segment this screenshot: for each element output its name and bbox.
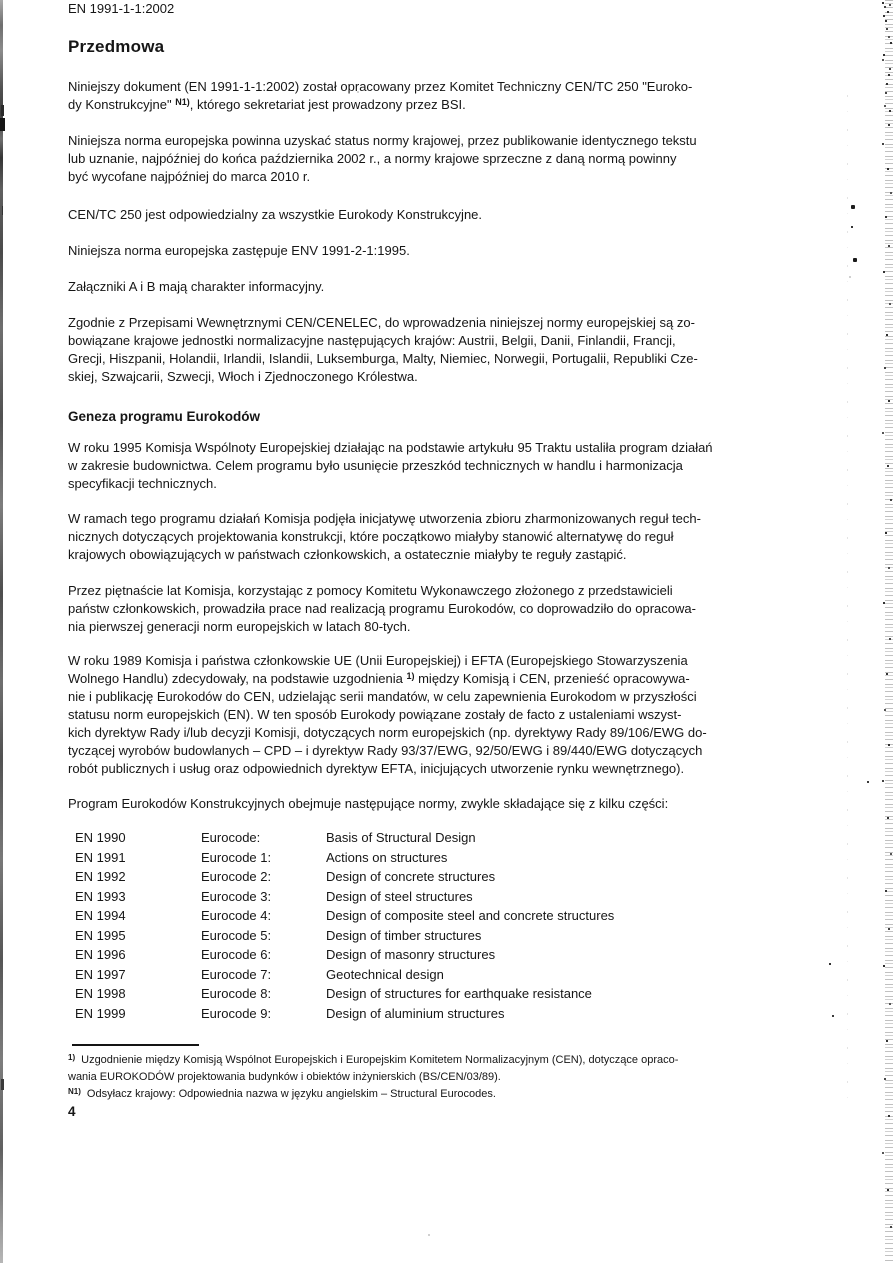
eurocode-code: EN 1999 <box>75 1004 201 1024</box>
eurocode-title: Actions on structures <box>326 848 868 868</box>
eurocode-title: Design of aluminium structures <box>326 1004 868 1024</box>
eurocode-label: Eurocode 5: <box>201 926 326 946</box>
footnote-marker-N1: N1) <box>68 1087 81 1096</box>
eurocodes-table: EN 1990Eurocode:Basis of Structural Desi… <box>75 828 868 1023</box>
table-row: EN 1998Eurocode 8:Design of structures f… <box>75 984 868 1004</box>
foreword-paragraph-5: Załączniki A i B mają charakter informac… <box>68 278 868 296</box>
eurocode-code: EN 1992 <box>75 867 201 887</box>
foreword-paragraph-3: CEN/TC 250 jest odpowiedzialny za wszyst… <box>68 206 868 224</box>
eurocode-code: EN 1998 <box>75 984 201 1004</box>
eurocode-title: Design of steel structures <box>326 887 868 907</box>
eurocode-code: EN 1994 <box>75 906 201 926</box>
footnote-text: Odsyłacz krajowy: Odpowiednia nazwa w ję… <box>87 1088 496 1100</box>
document-identifier: EN 1991-1-1:2002 <box>68 0 868 18</box>
table-row: EN 1990Eurocode:Basis of Structural Desi… <box>75 828 868 848</box>
scan-artifact-left-blob <box>0 118 5 131</box>
scan-artifact-right-edge <box>885 0 893 1263</box>
footnote-marker-1: 1) <box>68 1053 75 1062</box>
eurocode-title: Geotechnical design <box>326 965 868 985</box>
table-row: EN 1999Eurocode 9:Design of aluminium st… <box>75 1004 868 1024</box>
eurocode-title: Design of concrete structures <box>326 867 868 887</box>
eurocode-code: EN 1997 <box>75 965 201 985</box>
eurocode-label: Eurocode 2: <box>201 867 326 887</box>
table-row: EN 1992Eurocode 2:Design of concrete str… <box>75 867 868 887</box>
eurocode-title: Design of composite steel and concrete s… <box>326 906 868 926</box>
footnote-ref-N1: N1) <box>175 97 190 107</box>
eurocode-label: Eurocode 1: <box>201 848 326 868</box>
foreword-paragraph-2: Niniejsza norma europejska powinna uzysk… <box>68 132 868 186</box>
footnote-text: Uzgodnienie między Komisją Wspólnot Euro… <box>68 1054 678 1083</box>
eurocode-label: Eurocode: <box>201 828 326 848</box>
eurocode-title: Basis of Structural Design <box>326 828 868 848</box>
paragraph-text: między Komisją i CEN, przenieść opracowy… <box>68 671 707 776</box>
table-row: EN 1995Eurocode 5:Design of timber struc… <box>75 926 868 946</box>
eurocode-code: EN 1995 <box>75 926 201 946</box>
eurocode-label: Eurocode 7: <box>201 965 326 985</box>
paragraph-text: , którego sekretariat jest prowadzony pr… <box>190 97 466 112</box>
eurocode-label: Eurocode 4: <box>201 906 326 926</box>
table-row: EN 1994Eurocode 4:Design of composite st… <box>75 906 868 926</box>
page-number: 4 <box>68 1103 868 1121</box>
foreword-paragraph-6: Zgodnie z Przepisami Wewnętrznymi CEN/CE… <box>68 314 868 386</box>
table-row: EN 1991Eurocode 1:Actions on structures <box>75 848 868 868</box>
foreword-paragraph-4: Niniejsza norma europejska zastępuje ENV… <box>68 242 868 260</box>
scan-artifact-left-edge <box>0 0 3 1263</box>
table-row: EN 1997Eurocode 7:Geotechnical design <box>75 965 868 985</box>
genesis-paragraph-5: Program Eurokodów Konstrukcyjnych obejmu… <box>68 795 868 813</box>
eurocode-label: Eurocode 9: <box>201 1004 326 1024</box>
document-page: EN 1991-1-1:2002 Przedmowa Niniejszy dok… <box>0 0 893 1263</box>
eurocode-label: Eurocode 8: <box>201 984 326 1004</box>
genesis-paragraph-3: Przez piętnaście lat Komisja, korzystają… <box>68 582 868 636</box>
genesis-section-title: Geneza programu Eurokodów <box>68 408 868 426</box>
genesis-paragraph-2: W ramach tego programu działań Komisja p… <box>68 510 868 564</box>
eurocode-code: EN 1991 <box>75 848 201 868</box>
genesis-paragraph-1: W roku 1995 Komisja Wspólnoty Europejski… <box>68 439 868 493</box>
eurocode-title: Design of timber structures <box>326 926 868 946</box>
footnote-1: 1)Uzgodnienie między Komisją Wspólnot Eu… <box>68 1052 868 1086</box>
scan-noise-specks <box>882 2 884 4</box>
table-row: EN 1996Eurocode 6:Design of masonry stru… <box>75 945 868 965</box>
foreword-title: Przedmowa <box>68 36 868 58</box>
eurocode-code: EN 1996 <box>75 945 201 965</box>
eurocode-code: EN 1990 <box>75 828 201 848</box>
foreword-paragraph-1: Niniejszy dokument (EN 1991-1-1:2002) zo… <box>68 78 868 114</box>
genesis-paragraph-4: W roku 1989 Komisja i państwa członkowsk… <box>68 652 868 778</box>
eurocode-title: Design of masonry structures <box>326 945 868 965</box>
eurocode-code: EN 1993 <box>75 887 201 907</box>
footnote-separator <box>72 1044 199 1046</box>
footnote-N1: N1)Odsyłacz krajowy: Odpowiednia nazwa w… <box>68 1086 868 1103</box>
footnotes-block: 1)Uzgodnienie między Komisją Wspólnot Eu… <box>68 1052 868 1103</box>
table-row: EN 1993Eurocode 3:Design of steel struct… <box>75 887 868 907</box>
page-content: EN 1991-1-1:2002 Przedmowa Niniejszy dok… <box>68 0 868 1121</box>
eurocode-label: Eurocode 6: <box>201 945 326 965</box>
eurocode-title: Design of structures for earthquake resi… <box>326 984 868 1004</box>
eurocode-label: Eurocode 3: <box>201 887 326 907</box>
